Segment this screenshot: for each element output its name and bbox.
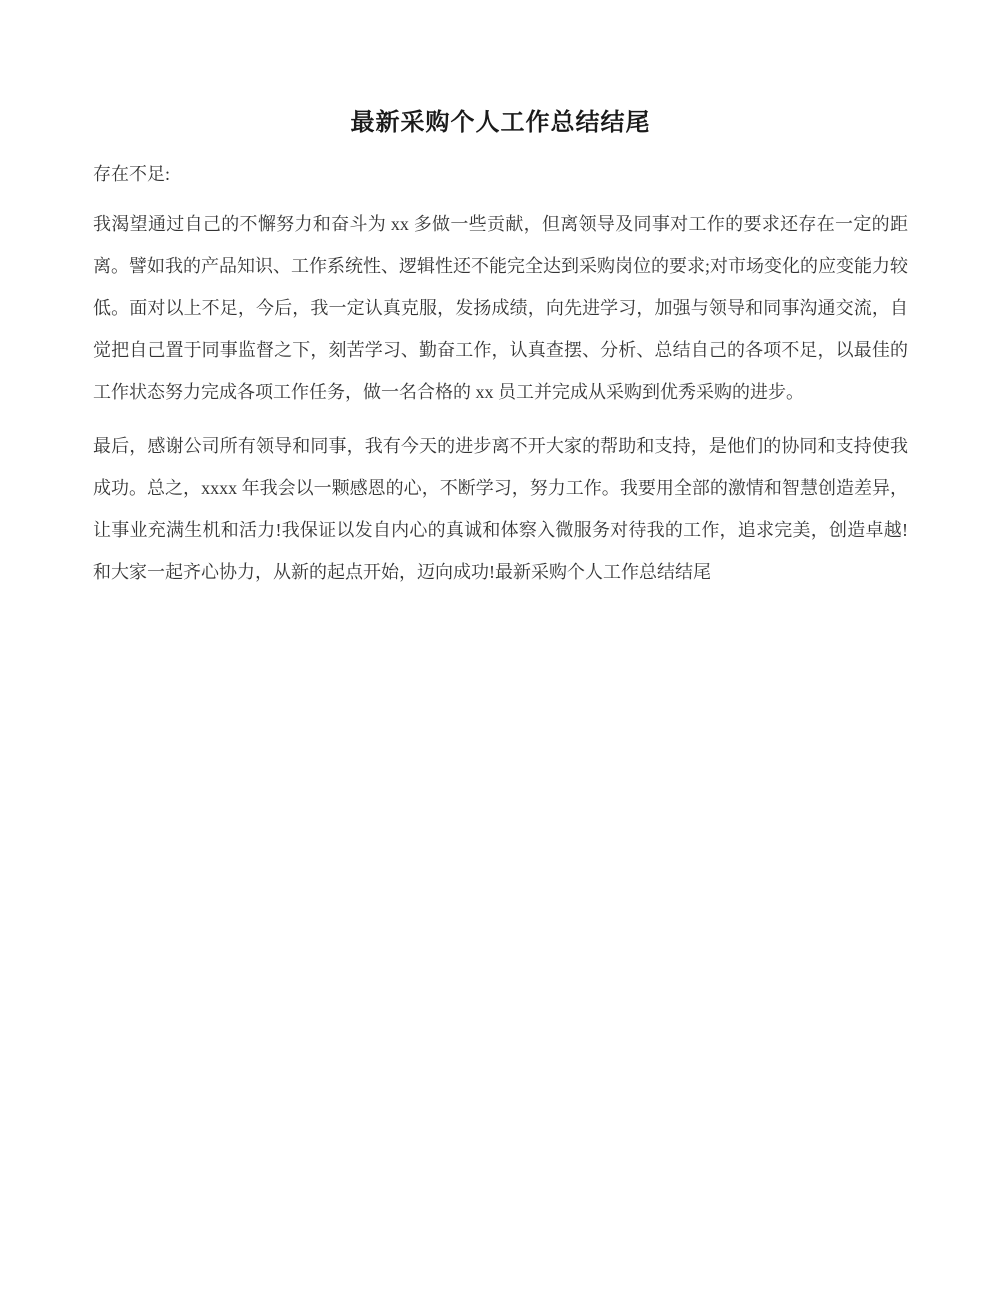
- document-page: 最新采购个人工作总结结尾 存在不足: 我渴望通过自己的不懈努力和奋斗为 xx 多…: [0, 0, 1000, 1295]
- paragraph-body-1: 我渴望通过自己的不懈努力和奋斗为 xx 多做一些贡献，但离领导及同事对工作的要求…: [93, 203, 908, 413]
- paragraph-body-2: 最后，感谢公司所有领导和同事，我有今天的进步离不开大家的帮助和支持，是他们的协同…: [93, 425, 908, 593]
- paragraph-deficiencies-label: 存在不足:: [93, 159, 908, 189]
- document-title: 最新采购个人工作总结结尾: [93, 102, 908, 137]
